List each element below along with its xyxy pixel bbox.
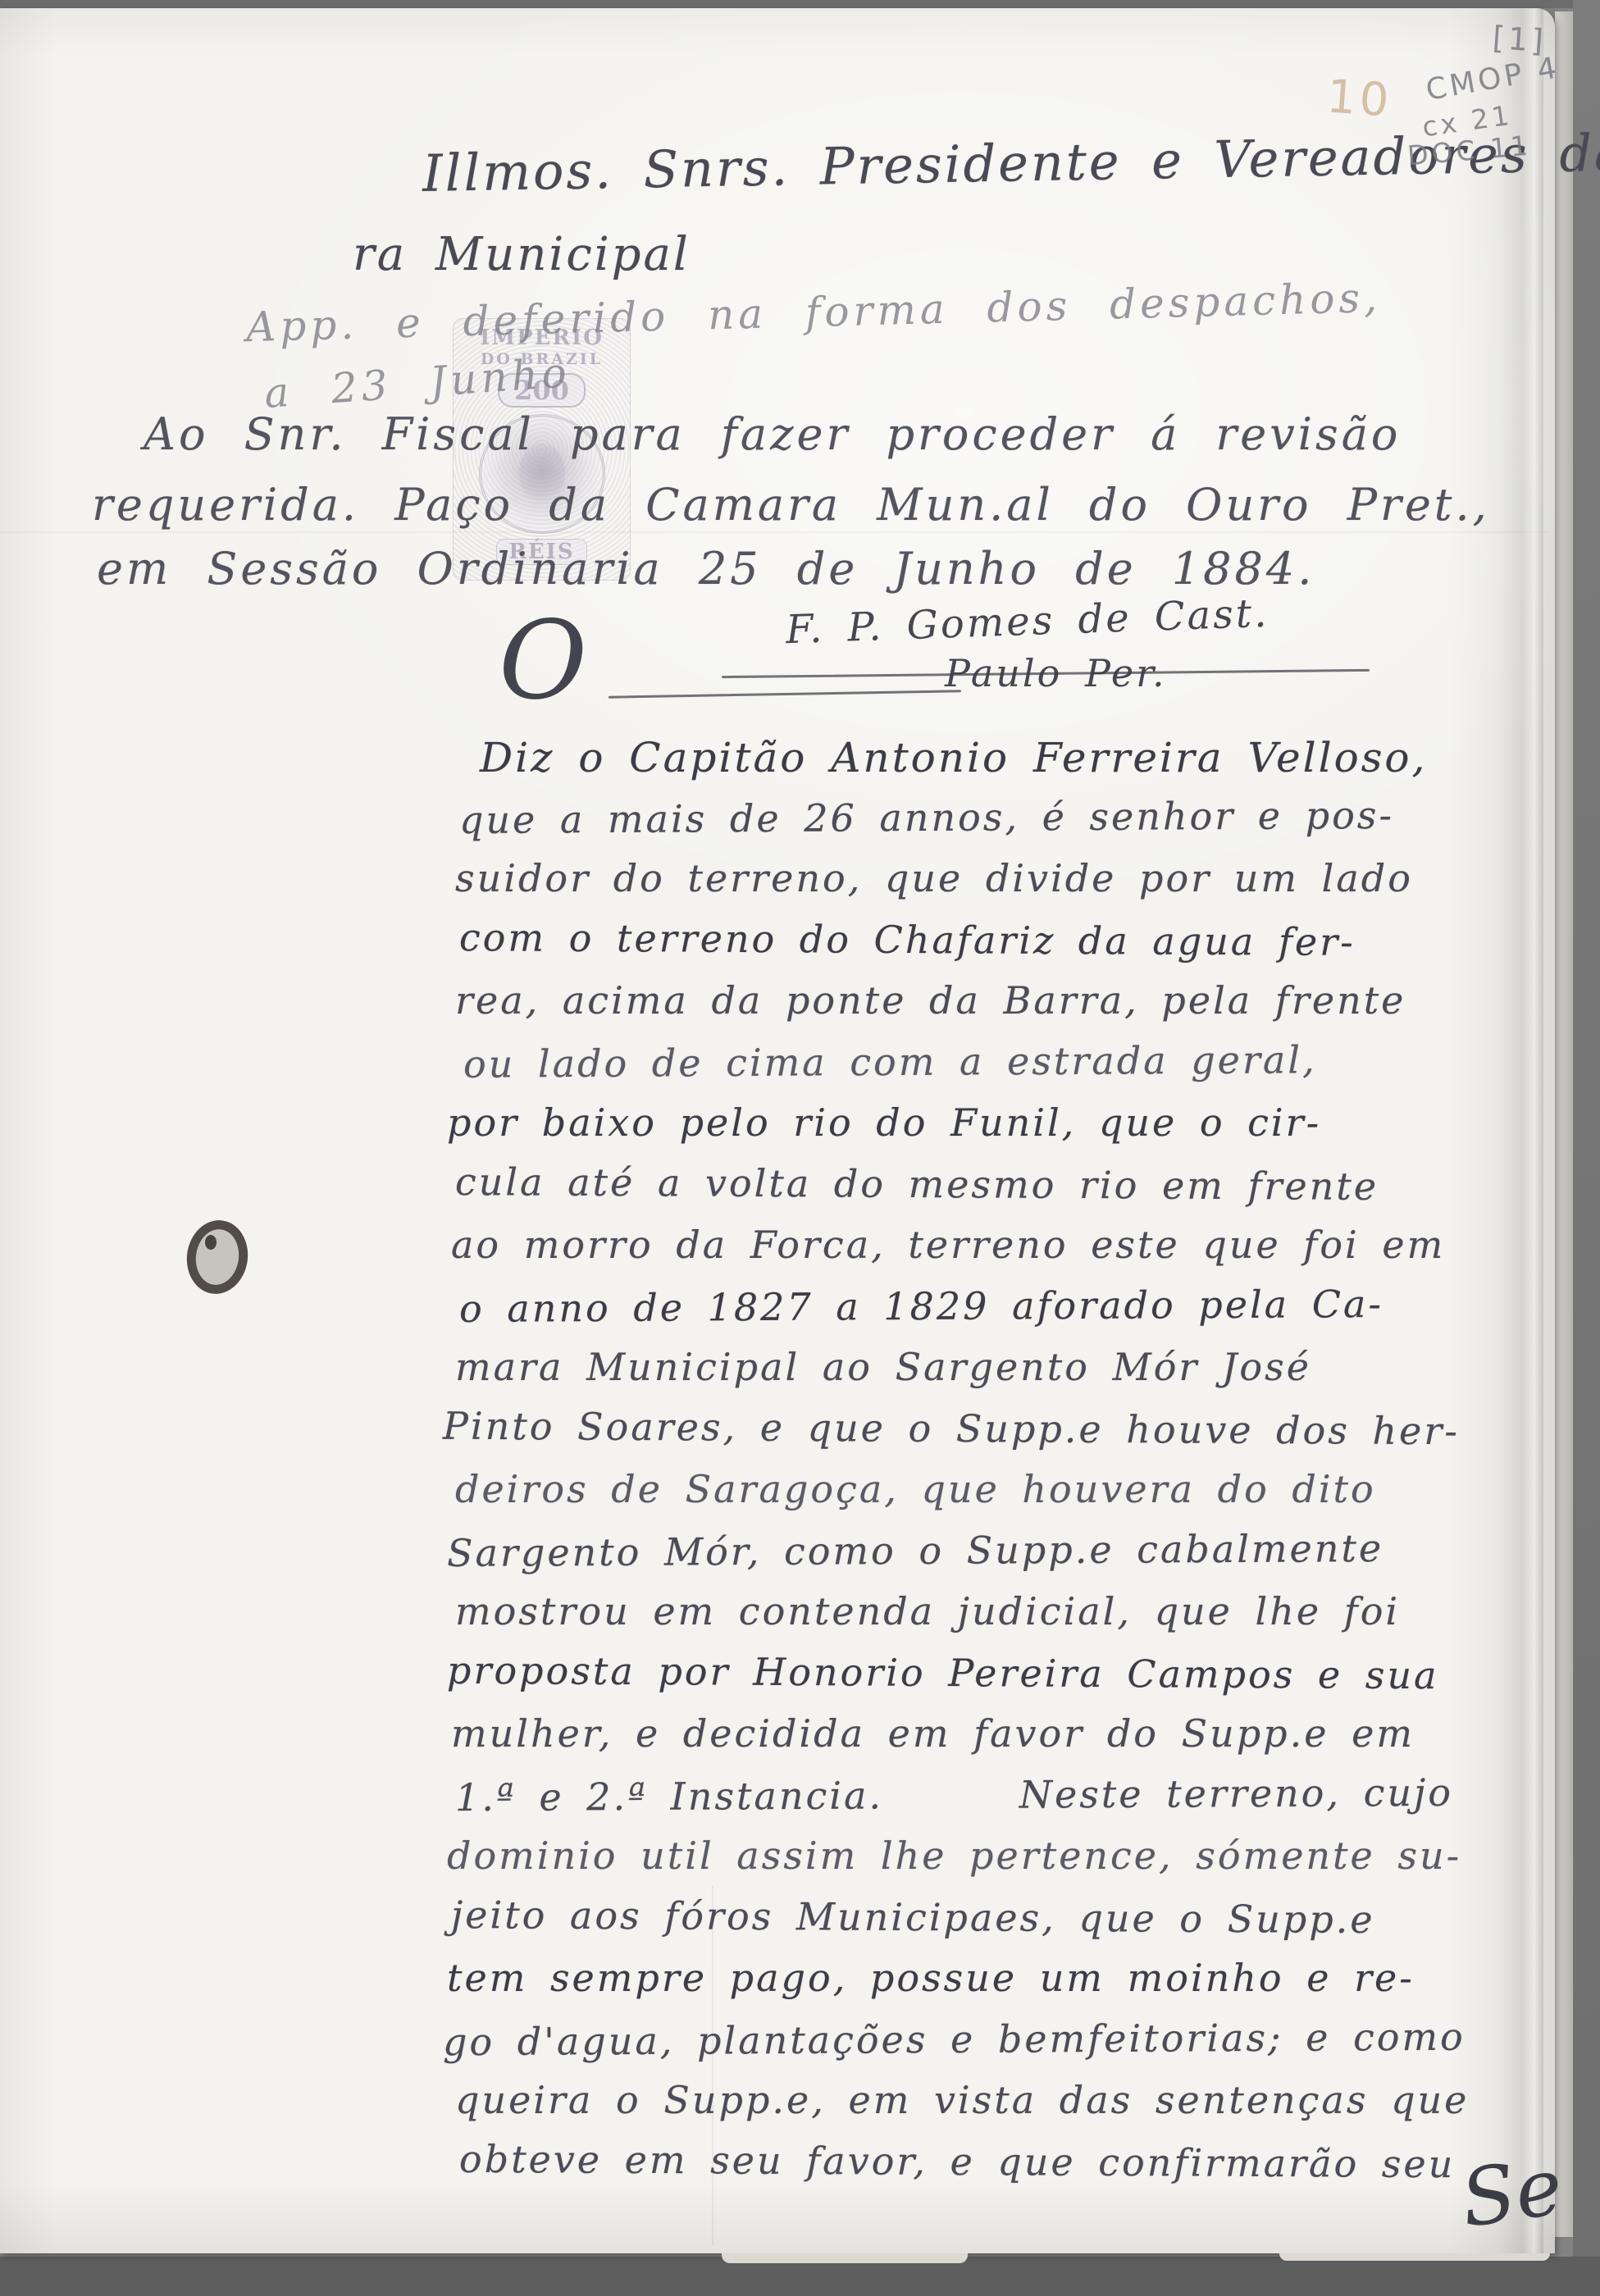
catchword: Se [1456, 2140, 1568, 2245]
petition-line-15: mostrou em contenda judicial, que lhe fo… [455, 1589, 1400, 1633]
vertical-crease [712, 1886, 713, 2245]
petition-line-21: tem sempre pago, possue um moinho e re- [447, 1956, 1415, 2000]
petition-line-22: go d'agua, plantações e bemfeitorias; e … [443, 2015, 1466, 2065]
petition-line-14: Sargento Mór, como o Supp.e cabalmente [447, 1526, 1383, 1575]
torn-edge-bump [722, 2253, 968, 2263]
petition-line-17: mulher, e decidida em favor do Supp.e em [451, 1711, 1415, 1756]
petition-line-10: o anno de 1827 a 1829 aforado pela Ca- [459, 1282, 1383, 1331]
scanner-background-top [0, 0, 1600, 8]
scanner-background-right [1573, 0, 1600, 2296]
opening-flourish: O [499, 607, 587, 715]
petition-line-13: deiros de Saragoça, que houvera do dito [455, 1467, 1376, 1511]
ink-dispatch-line-2: requerida. Paço da Camara Mun.al do Ouro… [92, 479, 1490, 531]
torn-edge-bump [1279, 2253, 1550, 2261]
petition-line-9: ao morro da Forca, terreno este que foi … [451, 1223, 1445, 1267]
petition-line-1: Diz o Capitão Antonio Ferreira Velloso, [480, 734, 1427, 781]
under-page-edge [1555, 11, 1573, 2237]
petition-line-19: dominio util assim lhe pertence, sómente… [447, 1834, 1461, 1878]
ink-dispatch-line-3: em Sessão Ordinaria 25 de Junho de 1884. [97, 543, 1315, 594]
petition-line-5: rea, acima da ponte da Barra, pela frent… [455, 978, 1406, 1023]
petition-line-18: 1.ª e 2.ª Instancia. Neste terreno, cujo [455, 1770, 1453, 1820]
petition-line-20: jeito aos fóros Municipaes, que o Supp.e [451, 1893, 1375, 1942]
petition-line-24: obteve em seu favor, e que confirmarão s… [459, 2137, 1456, 2186]
petition-line-16: proposta por Honorio Pereira Campos e su… [447, 1648, 1439, 1697]
petition-line-23: queira o Supp.e, em vista das sentenças … [455, 2078, 1469, 2122]
petition-line-2: que a mais de 26 annos, é senhor e pos- [459, 793, 1394, 842]
petition-line-7: por baixo pelo rio do Funil, que o cir- [447, 1100, 1321, 1145]
petition-line-4: com o terreno do Chafariz da agua fer- [459, 915, 1356, 964]
petition-line-3: suidor do terreno, que divide por um lad… [455, 856, 1413, 900]
petition-line-11: mara Municipal ao Sargento Mór José [455, 1345, 1311, 1389]
page-number-pencil: 10 [1325, 70, 1394, 127]
ink-dispatch-line-1: Ao Snr. Fiscal para fazer proceder á rev… [144, 408, 1401, 460]
petition-line-8: cula até a volta do mesmo rio em frente [455, 1159, 1379, 1209]
heading-line-2: ra Municipal [353, 228, 691, 281]
petition-line-6: ou lado de cima com a estrada geral, [463, 1037, 1317, 1086]
ink-blot-center [205, 1235, 217, 1250]
horizontal-crease [0, 531, 1550, 533]
right-fold-shadow [1497, 8, 1543, 2253]
petition-line-12: Pinto Soares, e que o Supp.e houve dos h… [443, 1404, 1460, 1453]
